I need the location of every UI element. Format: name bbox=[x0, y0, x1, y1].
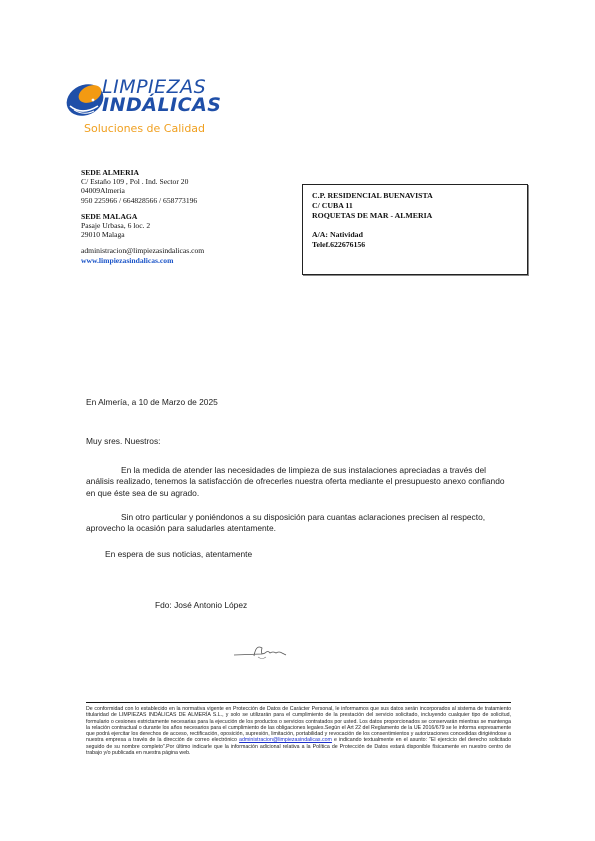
date-line: En Almería, a 10 de Marzo de 2025 bbox=[86, 397, 218, 408]
closing-line: En espera de sus noticias, atentamente bbox=[105, 549, 252, 560]
sede-almeria-title: SEDE ALMERIA bbox=[81, 168, 204, 177]
sede-malaga-title: SEDE MALAGA bbox=[81, 212, 204, 221]
paragraph-closing: Sin otro particular y poniéndonos a su d… bbox=[86, 512, 516, 535]
paragraph-closing-text: Sin otro particular y poniéndonos a su d… bbox=[86, 512, 485, 533]
logo-tagline: Soluciones de Calidad bbox=[84, 122, 205, 135]
recipient-phone: Telef.622676156 bbox=[312, 240, 527, 250]
logo-word-indalicas: INDÁLICAS bbox=[102, 95, 221, 115]
footer-divider bbox=[86, 702, 511, 703]
sede-almeria-city: 04009Almeria bbox=[81, 186, 204, 195]
handwritten-signature bbox=[232, 640, 302, 669]
recipient-address-box: C.P. RESIDENCIAL BUENAVISTA C/ CUBA 11 R… bbox=[302, 184, 528, 275]
signed-by: Fdo: José Antonio López bbox=[155, 600, 247, 611]
signature-icon bbox=[232, 640, 302, 664]
paragraph-offer-text: En la medida de atender las necesidades … bbox=[86, 465, 505, 498]
recipient-city: ROQUETAS DE MAR - ALMERIA bbox=[312, 211, 527, 221]
sede-almeria-address: C/ Estaño 109 , Pol . Ind. Sector 20 bbox=[81, 177, 204, 186]
sender-email[interactable]: administracion@limpiezasindalicas.com bbox=[81, 246, 204, 255]
paragraph-offer: En la medida de atender las necesidades … bbox=[86, 465, 516, 499]
recipient-attention: A/A: Natividad bbox=[312, 230, 527, 240]
data-protection-notice: De conformidad con lo establecido en la … bbox=[86, 706, 511, 756]
legal-email-link[interactable]: administracion@limpiezasindalicas.com bbox=[239, 737, 332, 743]
company-logo: LIMPIEZAS INDÁLICAS Soluciones de Calida… bbox=[64, 74, 224, 140]
sender-website-link[interactable]: www.limpiezasindalicas.com bbox=[81, 256, 204, 265]
salutation: Muy sres. Nuestros: bbox=[86, 436, 160, 447]
sender-info: SEDE ALMERIA C/ Estaño 109 , Pol . Ind. … bbox=[81, 168, 204, 265]
sede-almeria-phones: 950 225966 / 664828566 / 658773196 bbox=[81, 196, 204, 205]
recipient-street: C/ CUBA 11 bbox=[312, 201, 527, 211]
recipient-name: C.P. RESIDENCIAL BUENAVISTA bbox=[312, 191, 527, 201]
sede-malaga-address: Pasaje Urbasa, 6 loc. 2 bbox=[81, 221, 204, 230]
sede-malaga-city: 29010 Malaga bbox=[81, 230, 204, 239]
